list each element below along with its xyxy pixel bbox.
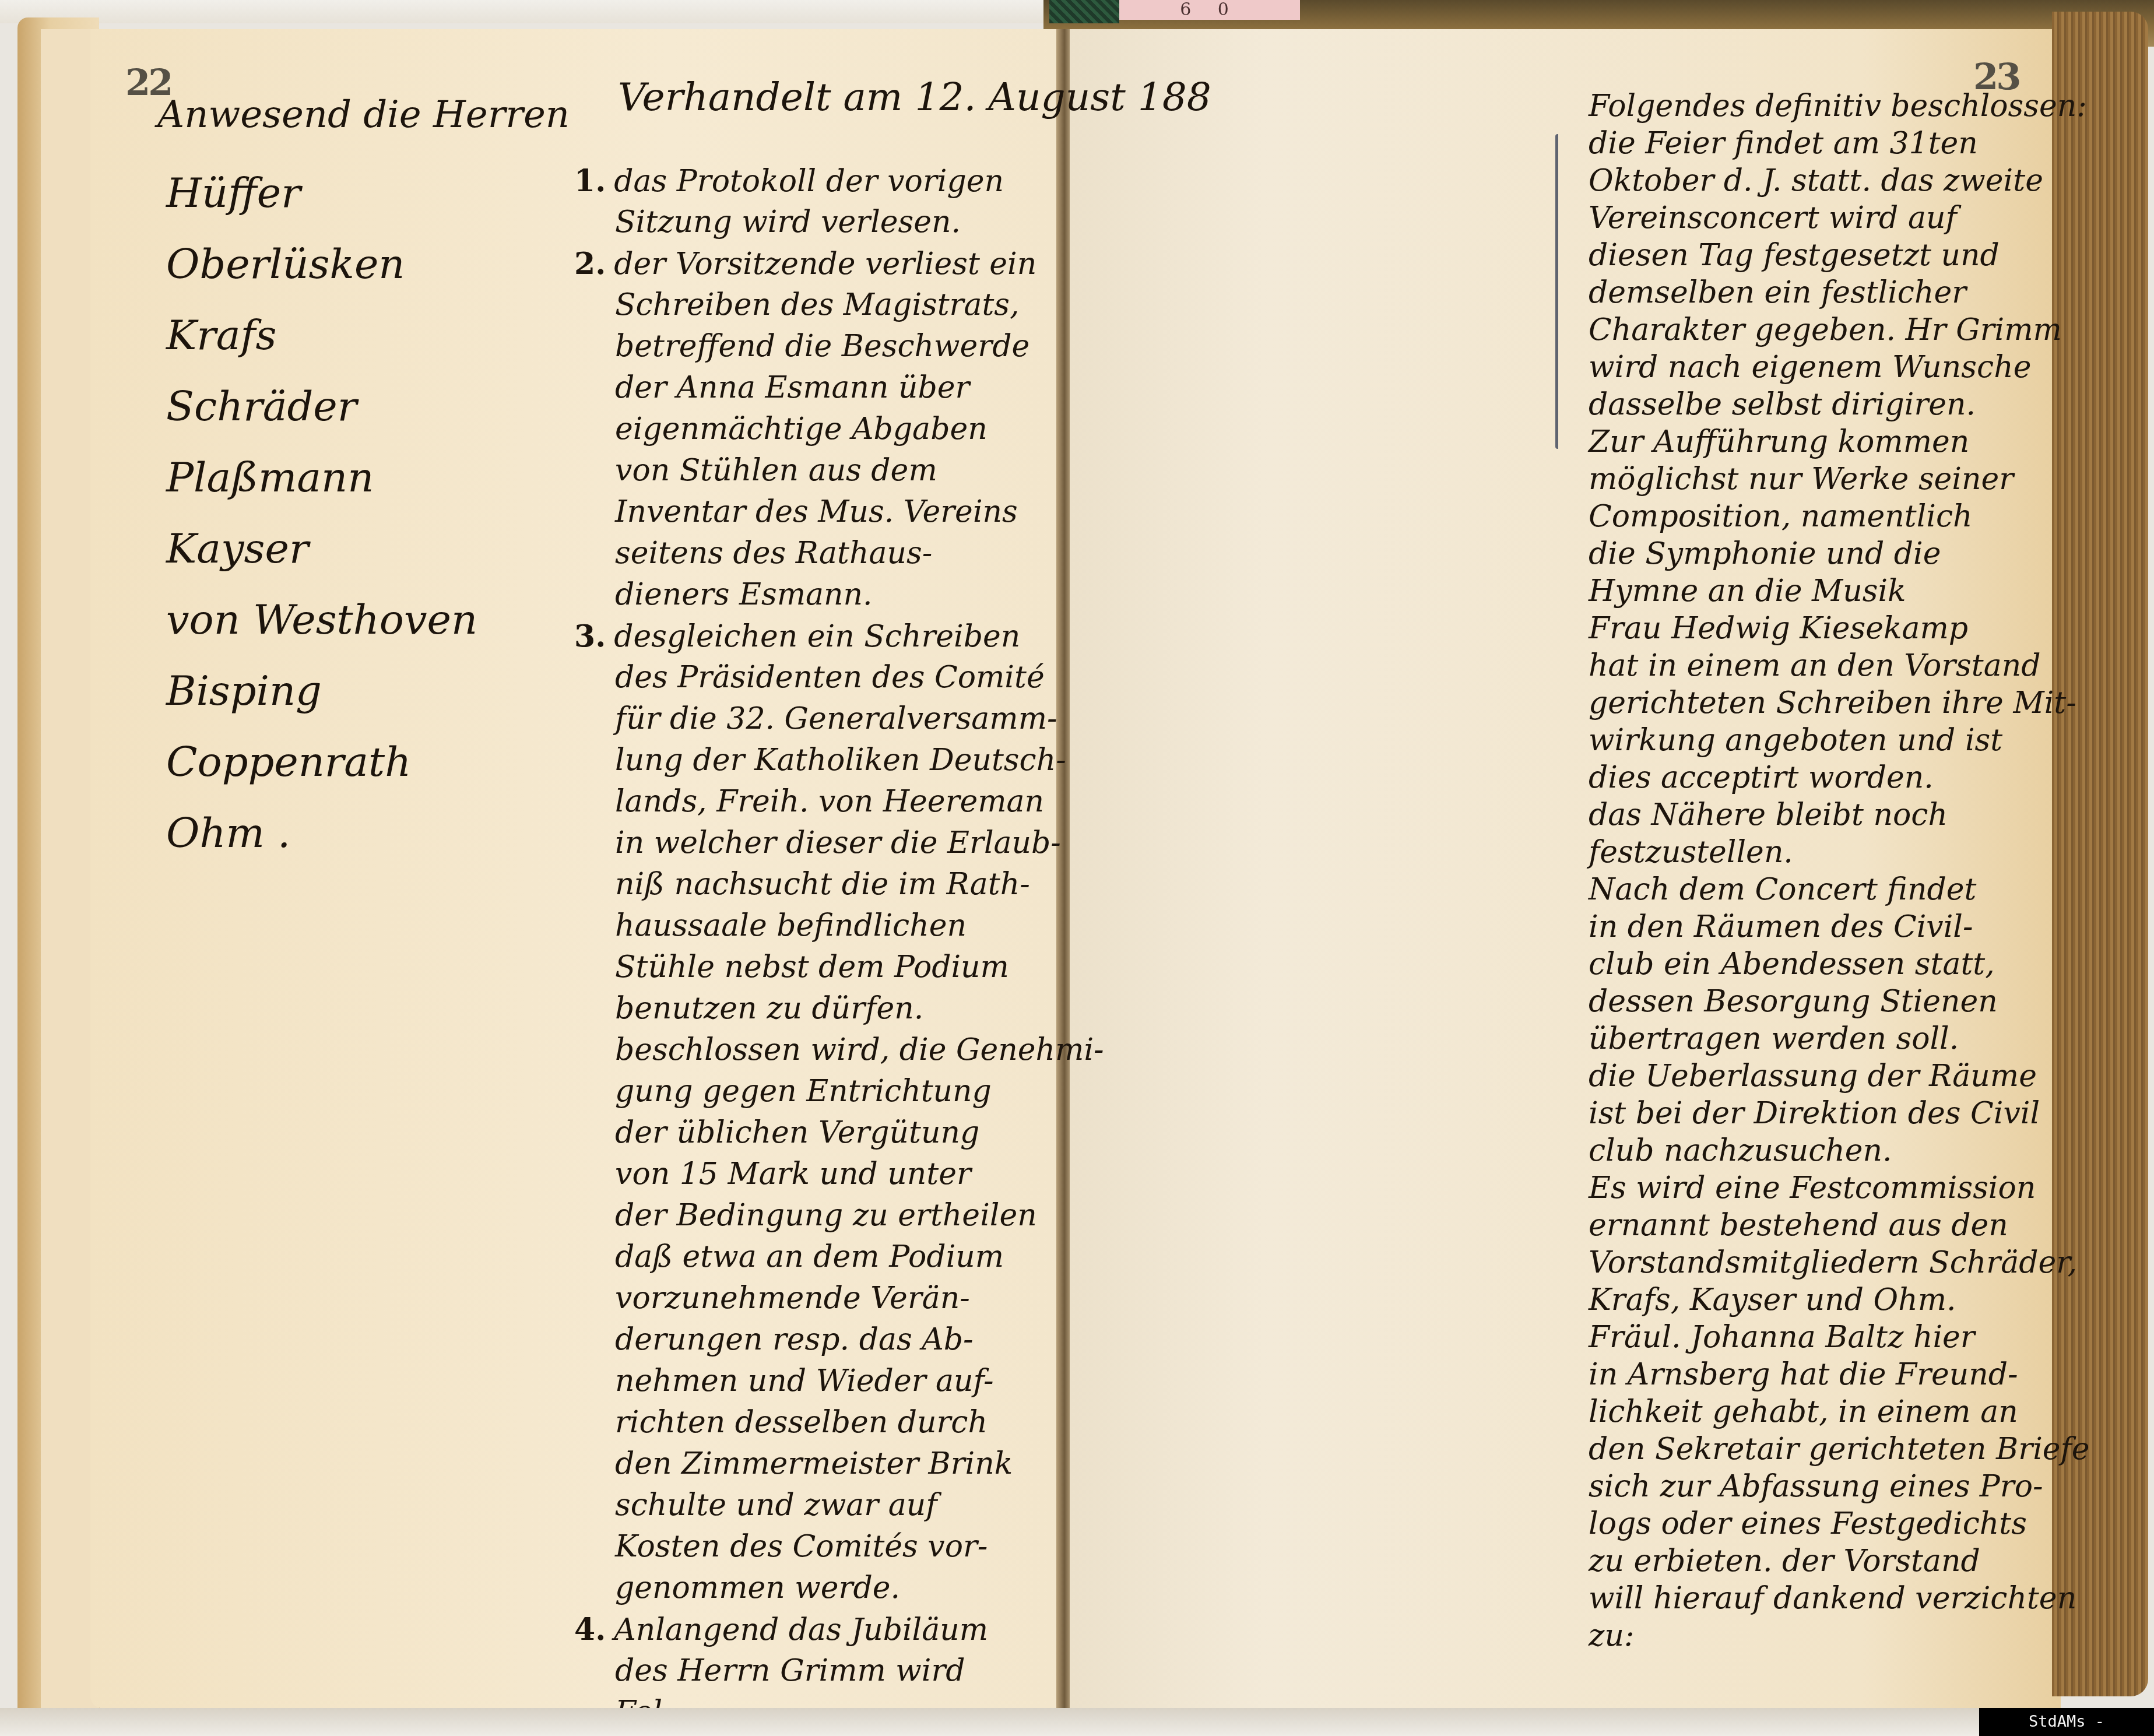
minutes-heading: Verhandelt am 12. August 188 xyxy=(618,70,1211,125)
attendance-list: HüfferOberlüskenKrafsSchräderPlaßmannKay… xyxy=(166,157,477,869)
right-page-line: möglichst nur Werke seiner xyxy=(1589,461,2090,498)
right-page-line: club nachzusuchen. xyxy=(1589,1132,2090,1169)
right-page-line: Frau Hedwig Kiesekamp xyxy=(1589,610,2090,647)
right-page-line: das Nähere bleibt noch xyxy=(1589,796,2090,834)
minutes-line: beschlossen wird, die Genehmi- xyxy=(574,1029,1104,1071)
archive-reference-label: StdAMs - MV_004_039 xyxy=(1979,1708,2154,1736)
minutes-line-text: gung gegen Entrichtung xyxy=(615,1074,992,1109)
minutes-line-text: der Vorsitzende verliest ein xyxy=(614,247,1036,282)
right-page-line: dies acceptirt worden. xyxy=(1589,759,2090,796)
minutes-line-text: vorzunehmende Verän- xyxy=(615,1281,970,1316)
minutes-line: 1.das Protokoll der vorigen xyxy=(574,160,1104,202)
right-page-line: Zur Aufführung kommen xyxy=(1589,423,2090,461)
minutes-line: genommen werde. xyxy=(574,1568,1104,1609)
minutes-line: lung der Katholiken Deutsch- xyxy=(574,740,1104,781)
minutes-line-text: in welcher dieser die Erlaub- xyxy=(615,825,1061,860)
minutes-line: 3.desgleichen ein Schreiben xyxy=(574,616,1104,657)
right-page-line: gerichteten Schreiben ihre Mit- xyxy=(1589,684,2090,722)
minutes-line-text: der Bedingung zu ertheilen xyxy=(615,1198,1037,1233)
minutes-line: der Bedingung zu ertheilen xyxy=(574,1195,1104,1236)
minutes-line: den Zimmermeister Brink xyxy=(574,1443,1104,1485)
minutes-line: Schreiben des Magistrats, xyxy=(574,284,1104,326)
right-page-line: Hymne an die Musik xyxy=(1589,572,2090,610)
right-page-line: zu erbieten. der Vorstand xyxy=(1589,1542,2090,1580)
minutes-line: richten desselben durch xyxy=(574,1402,1104,1443)
minutes-line-text: genommen werde. xyxy=(615,1570,900,1605)
minutes-line-text: das Protokoll der vorigen xyxy=(614,164,1004,199)
minutes-line-text: Stühle nebst dem Podium xyxy=(615,950,1009,985)
scan-background-bottom xyxy=(0,1708,2154,1736)
minutes-line: dieners Esmann. xyxy=(574,574,1104,616)
attendee-name: Kayser xyxy=(166,513,477,584)
right-page-line: wird nach eigenem Wunsche xyxy=(1589,349,2090,386)
minutes-line-text: des Präsidenten des Comité xyxy=(615,660,1045,695)
right-page-line: Vereinsconcert wird auf xyxy=(1589,199,2090,237)
minutes-line-text: den Zimmermeister Brink xyxy=(615,1446,1013,1481)
minutes-line: niß nachsucht die im Rath- xyxy=(574,864,1104,905)
right-page-line: in Arnsberg hat die Freund- xyxy=(1589,1356,2090,1393)
minutes-line: der üblichen Vergütung xyxy=(574,1112,1104,1154)
right-page-line: Charakter gegeben. Hr Grimm xyxy=(1589,311,2090,349)
right-page-line: Folgendes definitiv beschlossen: xyxy=(1589,87,2090,125)
minutes-line-text: betreffend die Beschwerde xyxy=(615,329,1029,364)
minutes-body: 1.das Protokoll der vorigenSitzung wird … xyxy=(574,160,1104,1733)
minutes-line: von 15 Mark und unter xyxy=(574,1154,1104,1195)
minutes-line-text: Anlangend das Jubiläum xyxy=(614,1612,988,1647)
minutes-line-text: schulte und zwar auf xyxy=(615,1488,937,1523)
right-page-line: die Ueberlassung der Räume xyxy=(1589,1057,2090,1095)
right-page-line: hat in einem an den Vorstand xyxy=(1589,647,2090,684)
minutes-line: des Präsidenten des Comité xyxy=(574,657,1104,698)
minutes-line-text: lung der Katholiken Deutsch- xyxy=(615,743,1066,778)
minutes-line-text: desgleichen ein Schreiben xyxy=(614,619,1020,654)
right-page-line: Composition, namentlich xyxy=(1589,498,2090,535)
minutes-line-text: benutzen zu dürfen. xyxy=(615,991,923,1026)
minutes-line-text: nehmen und Wieder auf- xyxy=(615,1364,994,1398)
minutes-line-text: derungen resp. das Ab- xyxy=(615,1322,974,1357)
minutes-line: in welcher dieser die Erlaub- xyxy=(574,823,1104,864)
attendee-name: Plaßmann xyxy=(166,442,477,513)
right-page-line: ist bei der Direktion des Civil xyxy=(1589,1095,2090,1132)
item-number: 4. xyxy=(574,1612,606,1647)
attendee-name: Bisping xyxy=(166,655,477,726)
minutes-line-text: von 15 Mark und unter xyxy=(615,1157,971,1192)
minutes-line-text: dieners Esmann. xyxy=(615,577,873,612)
minutes-line: haussaale befindlichen xyxy=(574,905,1104,947)
binding-cloth xyxy=(1049,0,1119,23)
spine-label: 6 0 xyxy=(1119,0,1300,20)
minutes-line-text: Kosten des Comités vor- xyxy=(615,1529,988,1564)
attendee-name: Hüffer xyxy=(166,157,477,229)
minutes-line-text: der üblichen Vergütung xyxy=(615,1115,979,1150)
minutes-line: eigenmächtige Abgaben xyxy=(574,409,1104,450)
right-page-line: zu: xyxy=(1589,1617,2090,1654)
item-number: 2. xyxy=(574,246,606,282)
right-page-line: sich zur Abfassung eines Pro- xyxy=(1589,1468,2090,1505)
right-page-line: die Feier findet am 31ten xyxy=(1589,125,2090,162)
right-page-line: logs oder eines Festgedichts xyxy=(1589,1505,2090,1542)
margin-bracket xyxy=(1555,134,1563,449)
minutes-line-text: der Anna Esmann über xyxy=(615,370,969,405)
attendee-name: Oberlüsken xyxy=(166,229,477,300)
right-page-line: die Symphonie und die xyxy=(1589,535,2090,572)
minutes-line-text: für die 32. Generalversamm- xyxy=(615,701,1057,736)
right-page-line: den Sekretair gerichteten Briefe xyxy=(1589,1431,2090,1468)
minutes-line: des Herrn Grimm wird xyxy=(574,1650,1104,1692)
minutes-line: derungen resp. das Ab- xyxy=(574,1319,1104,1361)
right-page-line: ernannt bestehend aus den xyxy=(1589,1207,2090,1244)
minutes-line-text: richten desselben durch xyxy=(615,1405,988,1440)
minutes-line: von Stühlen aus dem xyxy=(574,450,1104,491)
minutes-line: der Anna Esmann über xyxy=(574,367,1104,409)
right-page-line: wirkung angeboten und ist xyxy=(1589,722,2090,759)
right-page-line: dasselbe selbst dirigiren. xyxy=(1589,386,2090,423)
right-page-line: in den Räumen des Civil- xyxy=(1589,908,2090,946)
attendee-name: Coppenrath xyxy=(166,726,477,797)
attendee-name: Krafs xyxy=(166,300,477,371)
minutes-line: vorzunehmende Verän- xyxy=(574,1278,1104,1319)
minutes-line: Inventar des Mus. Vereins xyxy=(574,491,1104,533)
item-number: 1. xyxy=(574,163,606,199)
minutes-line-text: lands, Freih. von Heereman xyxy=(615,784,1044,819)
minutes-line: Kosten des Comités vor- xyxy=(574,1526,1104,1568)
minutes-line: 2.der Vorsitzende verliest ein xyxy=(574,243,1104,284)
right-page-line: festzustellen. xyxy=(1589,834,2090,871)
minutes-line: gung gegen Entrichtung xyxy=(574,1071,1104,1112)
right-page-line: lichkeit gehabt, in einem an xyxy=(1589,1393,2090,1431)
minutes-line: Sitzung wird verlesen. xyxy=(574,202,1104,243)
minutes-line: betreffend die Beschwerde xyxy=(574,326,1104,367)
minutes-line-text: des Herrn Grimm wird xyxy=(615,1653,965,1688)
minutes-line: nehmen und Wieder auf- xyxy=(574,1361,1104,1402)
right-page-line: Krafs, Kayser und Ohm. xyxy=(1589,1281,2090,1319)
right-page-line: Oktober d. J. statt. das zweite xyxy=(1589,162,2090,199)
attendance-heading: Anwesend die Herren xyxy=(157,87,570,142)
right-page-line: Fräul. Johanna Baltz hier xyxy=(1589,1319,2090,1356)
right-page-line: will hierauf dankend verzichten xyxy=(1589,1580,2090,1617)
minutes-line-text: von Stühlen aus dem xyxy=(615,453,937,488)
minutes-line: daß etwa an dem Podium xyxy=(574,1236,1104,1278)
minutes-line-text: eigenmächtige Abgaben xyxy=(615,412,988,447)
minutes-line: schulte und zwar auf xyxy=(574,1485,1104,1526)
minutes-line: für die 32. Generalversamm- xyxy=(574,698,1104,740)
minutes-line: Stühle nebst dem Podium xyxy=(574,947,1104,988)
attendee-name: von Westhoven xyxy=(166,584,477,655)
minutes-line: benutzen zu dürfen. xyxy=(574,988,1104,1029)
minutes-line-text: seitens des Rathaus- xyxy=(615,536,932,571)
right-page-line: demselben ein festlicher xyxy=(1589,274,2090,311)
item-number: 3. xyxy=(574,619,606,654)
right-page-line: dessen Besorgung Stienen xyxy=(1589,983,2090,1020)
minutes-line: 4.Anlangend das Jubiläum xyxy=(574,1609,1104,1650)
minutes-line-text: beschlossen wird, die Genehmi- xyxy=(615,1032,1104,1067)
minutes-line-text: daß etwa an dem Podium xyxy=(615,1239,1004,1274)
right-page-line: übertragen werden soll. xyxy=(1589,1020,2090,1057)
right-page-line: Nach dem Concert findet xyxy=(1589,871,2090,908)
right-page-body: Folgendes definitiv beschlossen:die Feie… xyxy=(1589,87,2090,1654)
minutes-line-text: Sitzung wird verlesen. xyxy=(615,205,961,240)
minutes-line: seitens des Rathaus- xyxy=(574,533,1104,574)
minutes-line-text: haussaale befindlichen xyxy=(615,908,967,943)
minutes-line-text: Schreiben des Magistrats, xyxy=(615,287,1020,322)
right-page-line: diesen Tag festgesetzt und xyxy=(1589,237,2090,274)
attendee-name: Schräder xyxy=(166,371,477,442)
right-page-line: Es wird eine Festcommission xyxy=(1589,1169,2090,1207)
minutes-line: lands, Freih. von Heereman xyxy=(574,781,1104,823)
minutes-line-text: Inventar des Mus. Vereins xyxy=(615,494,1018,529)
attendee-name: Ohm . xyxy=(166,797,477,869)
right-page-line: Vorstandsmitgliedern Schräder, xyxy=(1589,1244,2090,1281)
minutes-line-text: niß nachsucht die im Rath- xyxy=(615,867,1030,902)
right-page-line: club ein Abendessen statt, xyxy=(1589,946,2090,983)
